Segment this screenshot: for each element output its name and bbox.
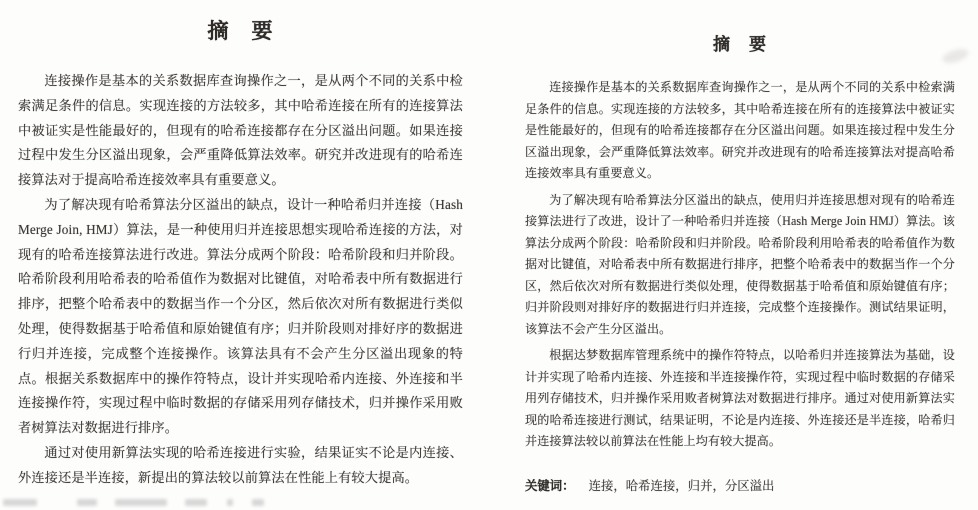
document-spread: 摘 要 连接操作是基本的关系数据库查询操作之一，是从两个不同的关系中检索满足条件… [0,0,978,510]
abstract-title-left: 摘 要 [18,15,463,45]
abstract-title-right: 摘 要 [525,30,955,55]
page-right-abstract: 摘 要 连接操作是基本的关系数据库查询操作之一，是从两个不同的关系中检索满足条件… [489,0,978,510]
page-left-abstract: 摘 要 连接操作是基本的关系数据库查询操作之一，是从两个不同的关系中检索满足条件… [0,0,489,510]
keywords-line: 关键词：连接，哈希连接，归并，分区溢出 [525,476,955,497]
abstract-paragraph: 通过对使用新算法实现的哈希连接进行实验，结果证实不论是内连接、外连接还是半连接，… [18,441,463,491]
keywords-label: 关键词： [525,479,575,493]
abstract-paragraph: 连接操作是基本的关系数据库查询操作之一，是从两个不同的关系中检索满足条件的信息。… [525,77,955,185]
abstract-paragraph: 为了解决现有哈希算法分区溢出的缺点，使用归并连接思想对现有的哈希连接算法进行了改… [525,190,955,341]
faded-cutoff-text-artifact [3,499,303,508]
abstract-paragraph: 根据达梦数据库管理系统中的操作符特点，以哈希归并连接算法为基础，设计并实现了哈希… [525,345,955,453]
keywords-value: 连接，哈希连接，归并，分区溢出 [589,479,775,493]
abstract-paragraph: 连接操作是基本的关系数据库查询操作之一，是从两个不同的关系中检索满足条件的信息。… [18,69,463,193]
abstract-paragraph: 为了解决现有哈希算法分区溢出的缺点，设计一种哈希归并连接（Hash Merge … [18,193,463,441]
